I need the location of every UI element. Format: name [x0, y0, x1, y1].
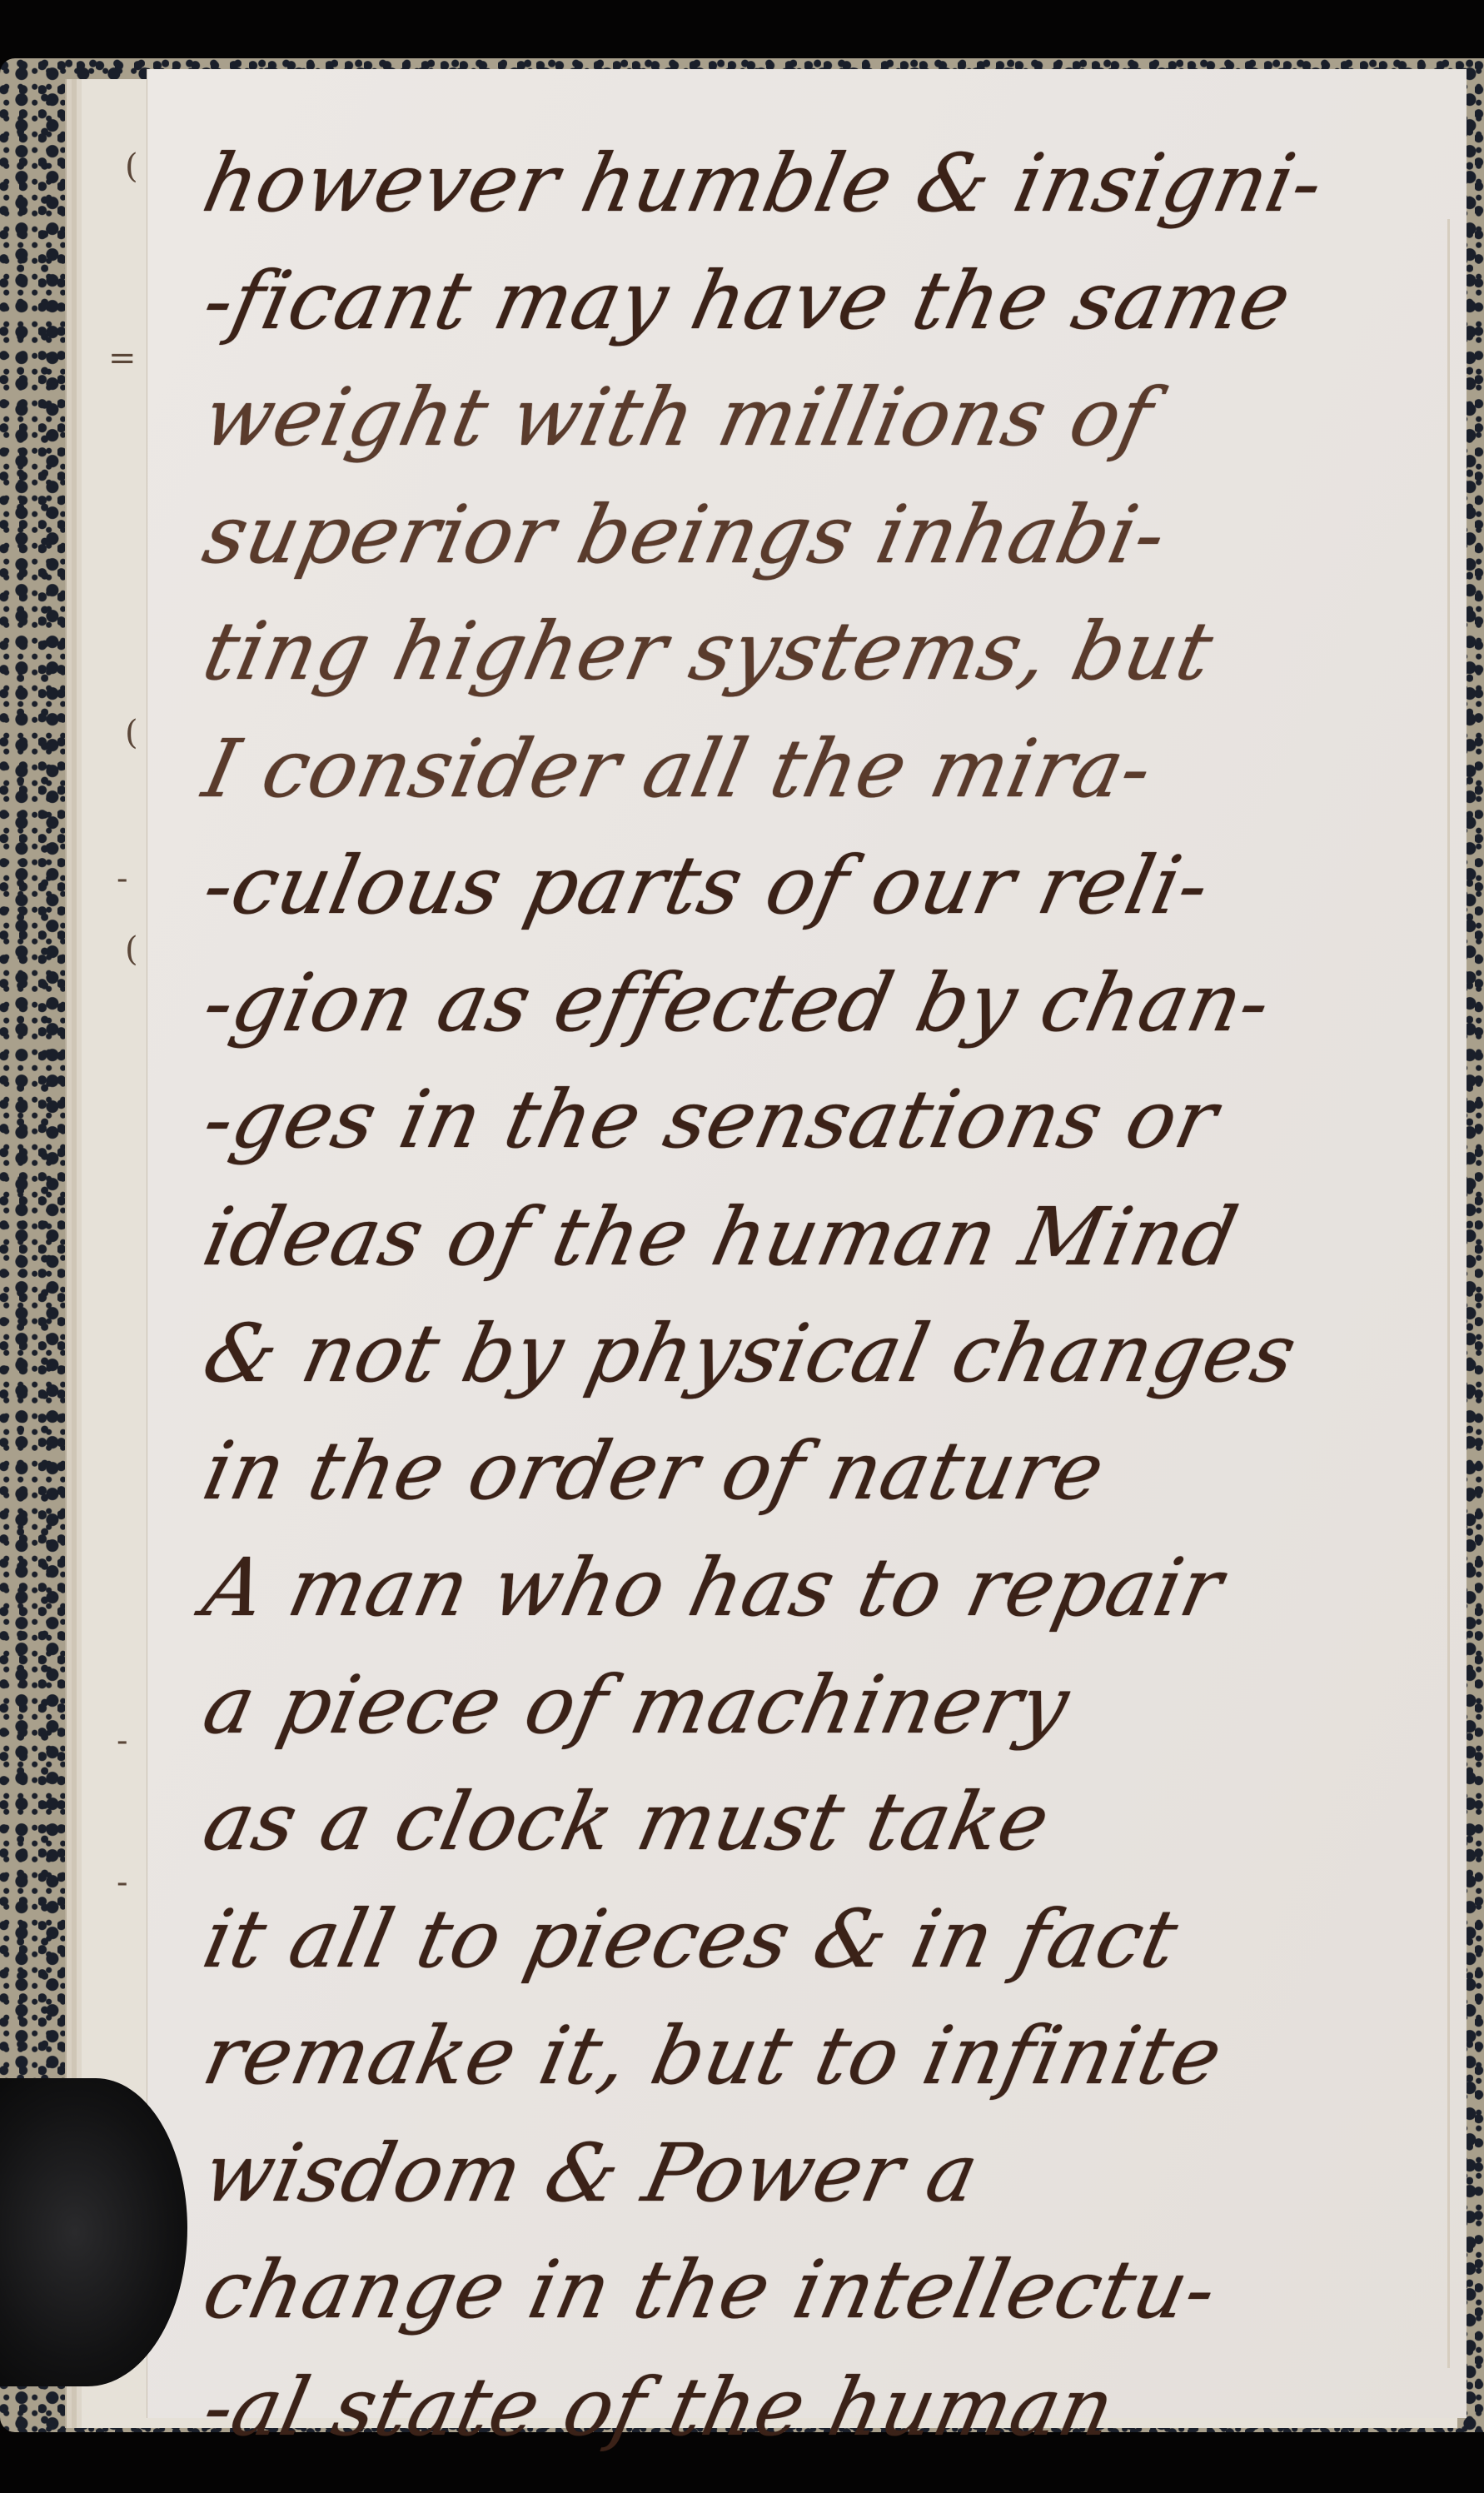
- text-line: A man who has to repair: [193, 1529, 1484, 1647]
- text-line: remake it, but to infinite: [193, 1997, 1484, 2115]
- text-line: -culous parts of our reli-: [193, 827, 1484, 945]
- margin-mark: =: [108, 342, 137, 375]
- text-line: however humble & insigni-: [193, 125, 1484, 242]
- text-line: & not by physical changes: [193, 1295, 1484, 1413]
- text-line: ting higher systems, but: [193, 593, 1484, 711]
- text-line: change in the intellectu-: [193, 2231, 1484, 2349]
- text-line: superior beings inhabi-: [193, 476, 1484, 594]
- text-line: -gion as effected by chan-: [193, 945, 1484, 1062]
- text-line: ideas of the human Mind: [193, 1179, 1484, 1296]
- margin-mark: -: [117, 1866, 128, 1899]
- margin-mark: -: [117, 1724, 128, 1758]
- text-line: -ges in the sensations or: [193, 1061, 1484, 1179]
- text-line: as a clock must take: [193, 1763, 1484, 1881]
- text-line: I consider all the mira-: [193, 711, 1484, 828]
- text-line: it all to pieces & in fact: [193, 1881, 1484, 1998]
- margin-mark: (: [125, 933, 138, 966]
- text-line: a piece of machinery: [193, 1647, 1484, 1764]
- text-line: in the order of nature: [193, 1413, 1484, 1530]
- margin-mark: (: [125, 150, 138, 183]
- text-line: weight with millions of: [193, 359, 1484, 476]
- margin-mark: (: [125, 716, 138, 750]
- margin-mark: -: [117, 862, 128, 895]
- text-line: -ficant may have the same: [193, 242, 1484, 360]
- text-line: -al state of the human: [193, 2349, 1484, 2466]
- text-line: wisdom & Power a: [193, 2115, 1484, 2232]
- handwritten-text-block: however humble & insigni- -ficant may ha…: [193, 125, 1459, 2466]
